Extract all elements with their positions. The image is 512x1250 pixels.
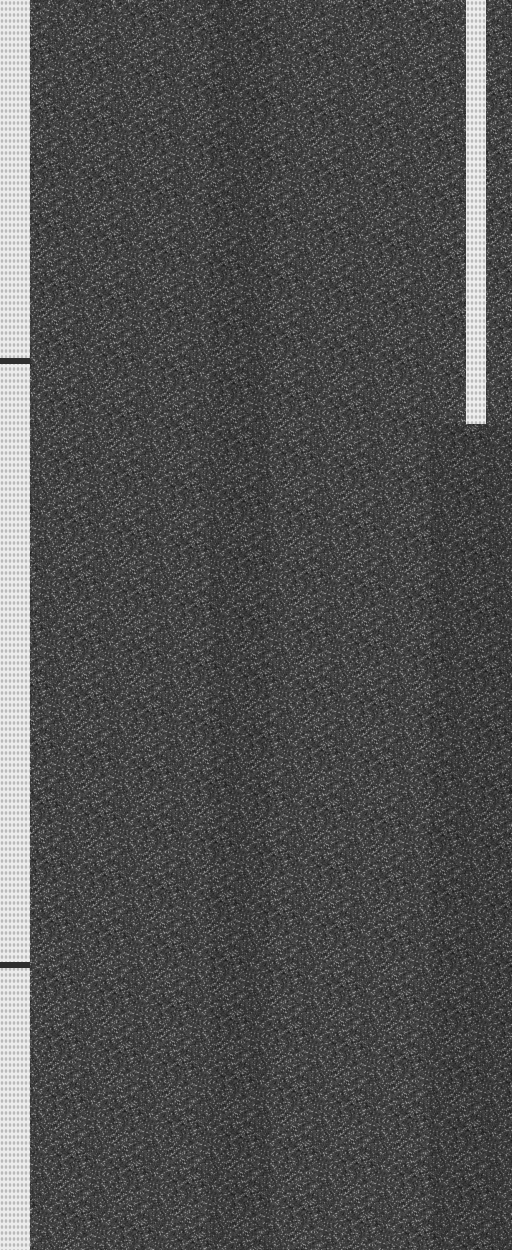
asphalt-shade-band xyxy=(210,0,270,1250)
edge-stripe-joint xyxy=(0,962,30,968)
road-photo: Top-down photograph of dark grey asphalt… xyxy=(0,0,512,1250)
left-edge-stripe xyxy=(0,0,30,1250)
right-lane-line xyxy=(466,0,486,424)
edge-stripe-joint xyxy=(0,358,30,364)
asphalt-shade-band-right xyxy=(430,424,512,1250)
